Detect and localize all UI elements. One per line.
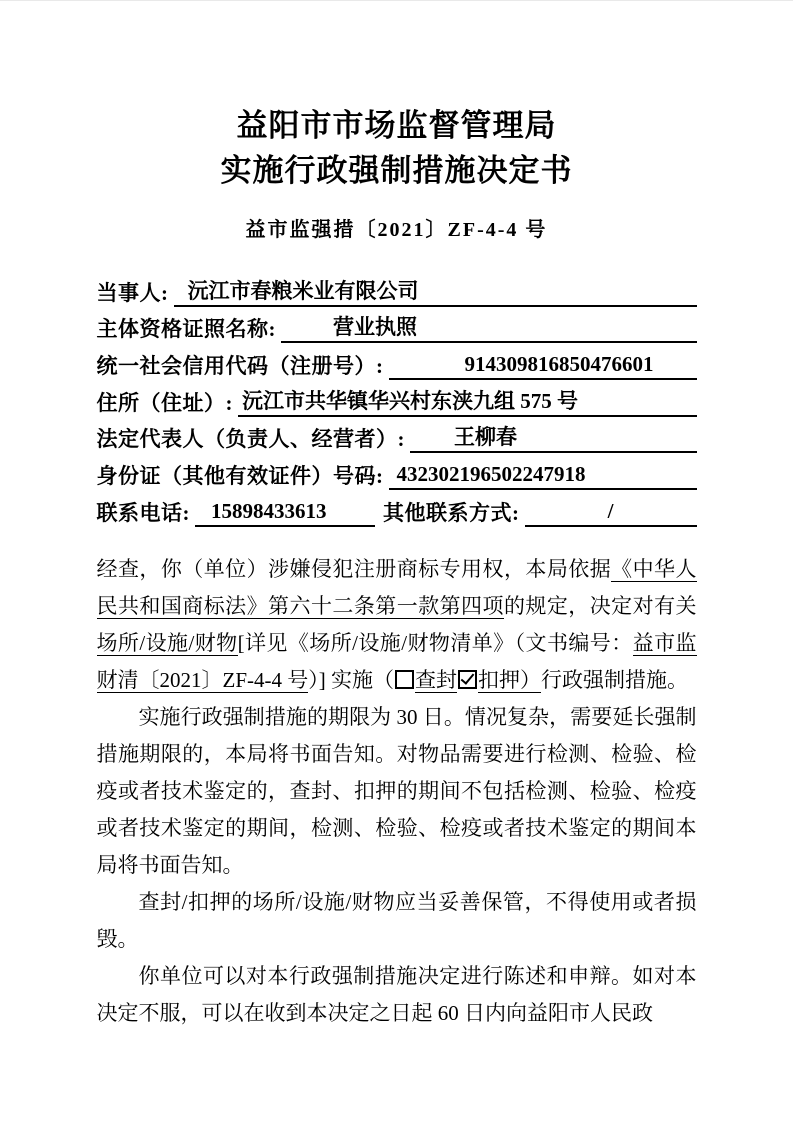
form-field-row: 住所（住址）:沅江市共华镇华兴村东浃九组 575 号 [97,380,697,417]
document-number: 益市监强措〔2021〕ZF-4-4 号 [97,213,697,242]
paragraph-custody: 查封/扣押的场所/设施/财物应当妥善保管，不得使用或者损毁。 [97,884,697,958]
checked-checkbox-icon [458,670,477,689]
field-label: 住所（住址）: [97,389,234,417]
paragraph-duration: 实施行政强制措施的期限为 30 日。情况复杂，需要延长强制措施期限的，本局将书面… [97,699,697,884]
form-field-row: 身份证（其他有效证件）号码:432302196502247918 [97,453,697,490]
text-segment: 扣押） [478,668,541,693]
field-label: 主体资格证照名称: [97,315,277,343]
form-field-row: 法定代表人（负责人、经营者）:王柳春 [97,417,697,454]
field-underline: 15898433613 [195,497,375,527]
field-value: 王柳春 [410,423,517,451]
text-segment: 查封 [415,668,457,693]
form-field-row: 联系电话:15898433613其他联系方式:/ [97,490,697,527]
document-page: 益阳市市场监督管理局 实施行政强制措施决定书 益市监强措〔2021〕ZF-4-4… [0,0,793,1122]
field-underline: 沅江市共华镇华兴村东浃九组 575 号 [238,387,697,417]
field-label: 其他联系方式: [383,499,520,527]
field-underline: 沅江市春粮米业有限公司 [174,277,697,307]
field-label: 统一社会信用代码（注册号）: [97,352,384,380]
field-value: 营业执照 [281,313,417,341]
field-underline: / [525,497,697,527]
text-segment: [详见《场所/设施/财物清单》（文书编号： [238,631,633,655]
text-segment: 的规定，决定对有关 [504,594,697,618]
field-value: 15898433613 [195,497,327,525]
paragraph-decision: 经查，你（单位）涉嫌侵犯注册商标专用权，本局依据《中华人民共和国商标法》第六十二… [97,551,697,699]
form-field-row: 主体资格证照名称:营业执照 [97,307,697,344]
document-content: 益阳市市场监督管理局 实施行政强制措施决定书 益市监强措〔2021〕ZF-4-4… [97,103,697,1032]
field-value: 432302196502247918 [389,460,586,488]
form-field-row: 当事人:沅江市春粮米业有限公司 [97,270,697,307]
field-underline: 432302196502247918 [389,460,697,490]
unchecked-checkbox-icon [395,670,414,689]
document-title: 益阳市市场监督管理局 实施行政强制措施决定书 [97,103,697,193]
field-label: 法定代表人（负责人、经营者）: [97,425,406,453]
party-info-form: 当事人:沅江市春粮米业有限公司主体资格证照名称:营业执照统一社会信用代码（注册号… [97,270,697,527]
field-underline: 营业执照 [281,313,697,343]
field-label: 联系电话: [97,499,191,527]
paragraph-appeal: 你单位可以对本行政强制措施决定进行陈述和申辩。如对本决定不服，可以在收到本决定之… [97,958,697,1032]
text-segment: 行政强制措施。 [541,668,688,692]
form-field-row: 统一社会信用代码（注册号）:914309816850476601 [97,343,697,380]
field-value: 914309816850476601 [389,350,654,378]
field-underline: 914309816850476601 [389,350,697,380]
field-value: 沅江市春粮米业有限公司 [174,277,419,305]
text-segment: 经查，你（单位）涉嫌侵犯注册商标专用权，本局依据 [97,557,612,581]
text-segment: 场所/设施/财物 [97,631,238,656]
field-value: / [608,497,614,525]
text-segment: ）] 实施（ [308,668,394,692]
field-label: 当事人: [97,279,169,307]
field-value: 沅江市共华镇华兴村东浃九组 575 号 [238,387,578,415]
document-body: 经查，你（单位）涉嫌侵犯注册商标专用权，本局依据《中华人民共和国商标法》第六十二… [97,551,697,1032]
field-label: 身份证（其他有效证件）号码: [97,462,384,490]
field-underline: 王柳春 [410,423,697,453]
title-line-2: 实施行政强制措施决定书 [97,148,697,193]
title-line-1: 益阳市市场监督管理局 [97,103,697,148]
